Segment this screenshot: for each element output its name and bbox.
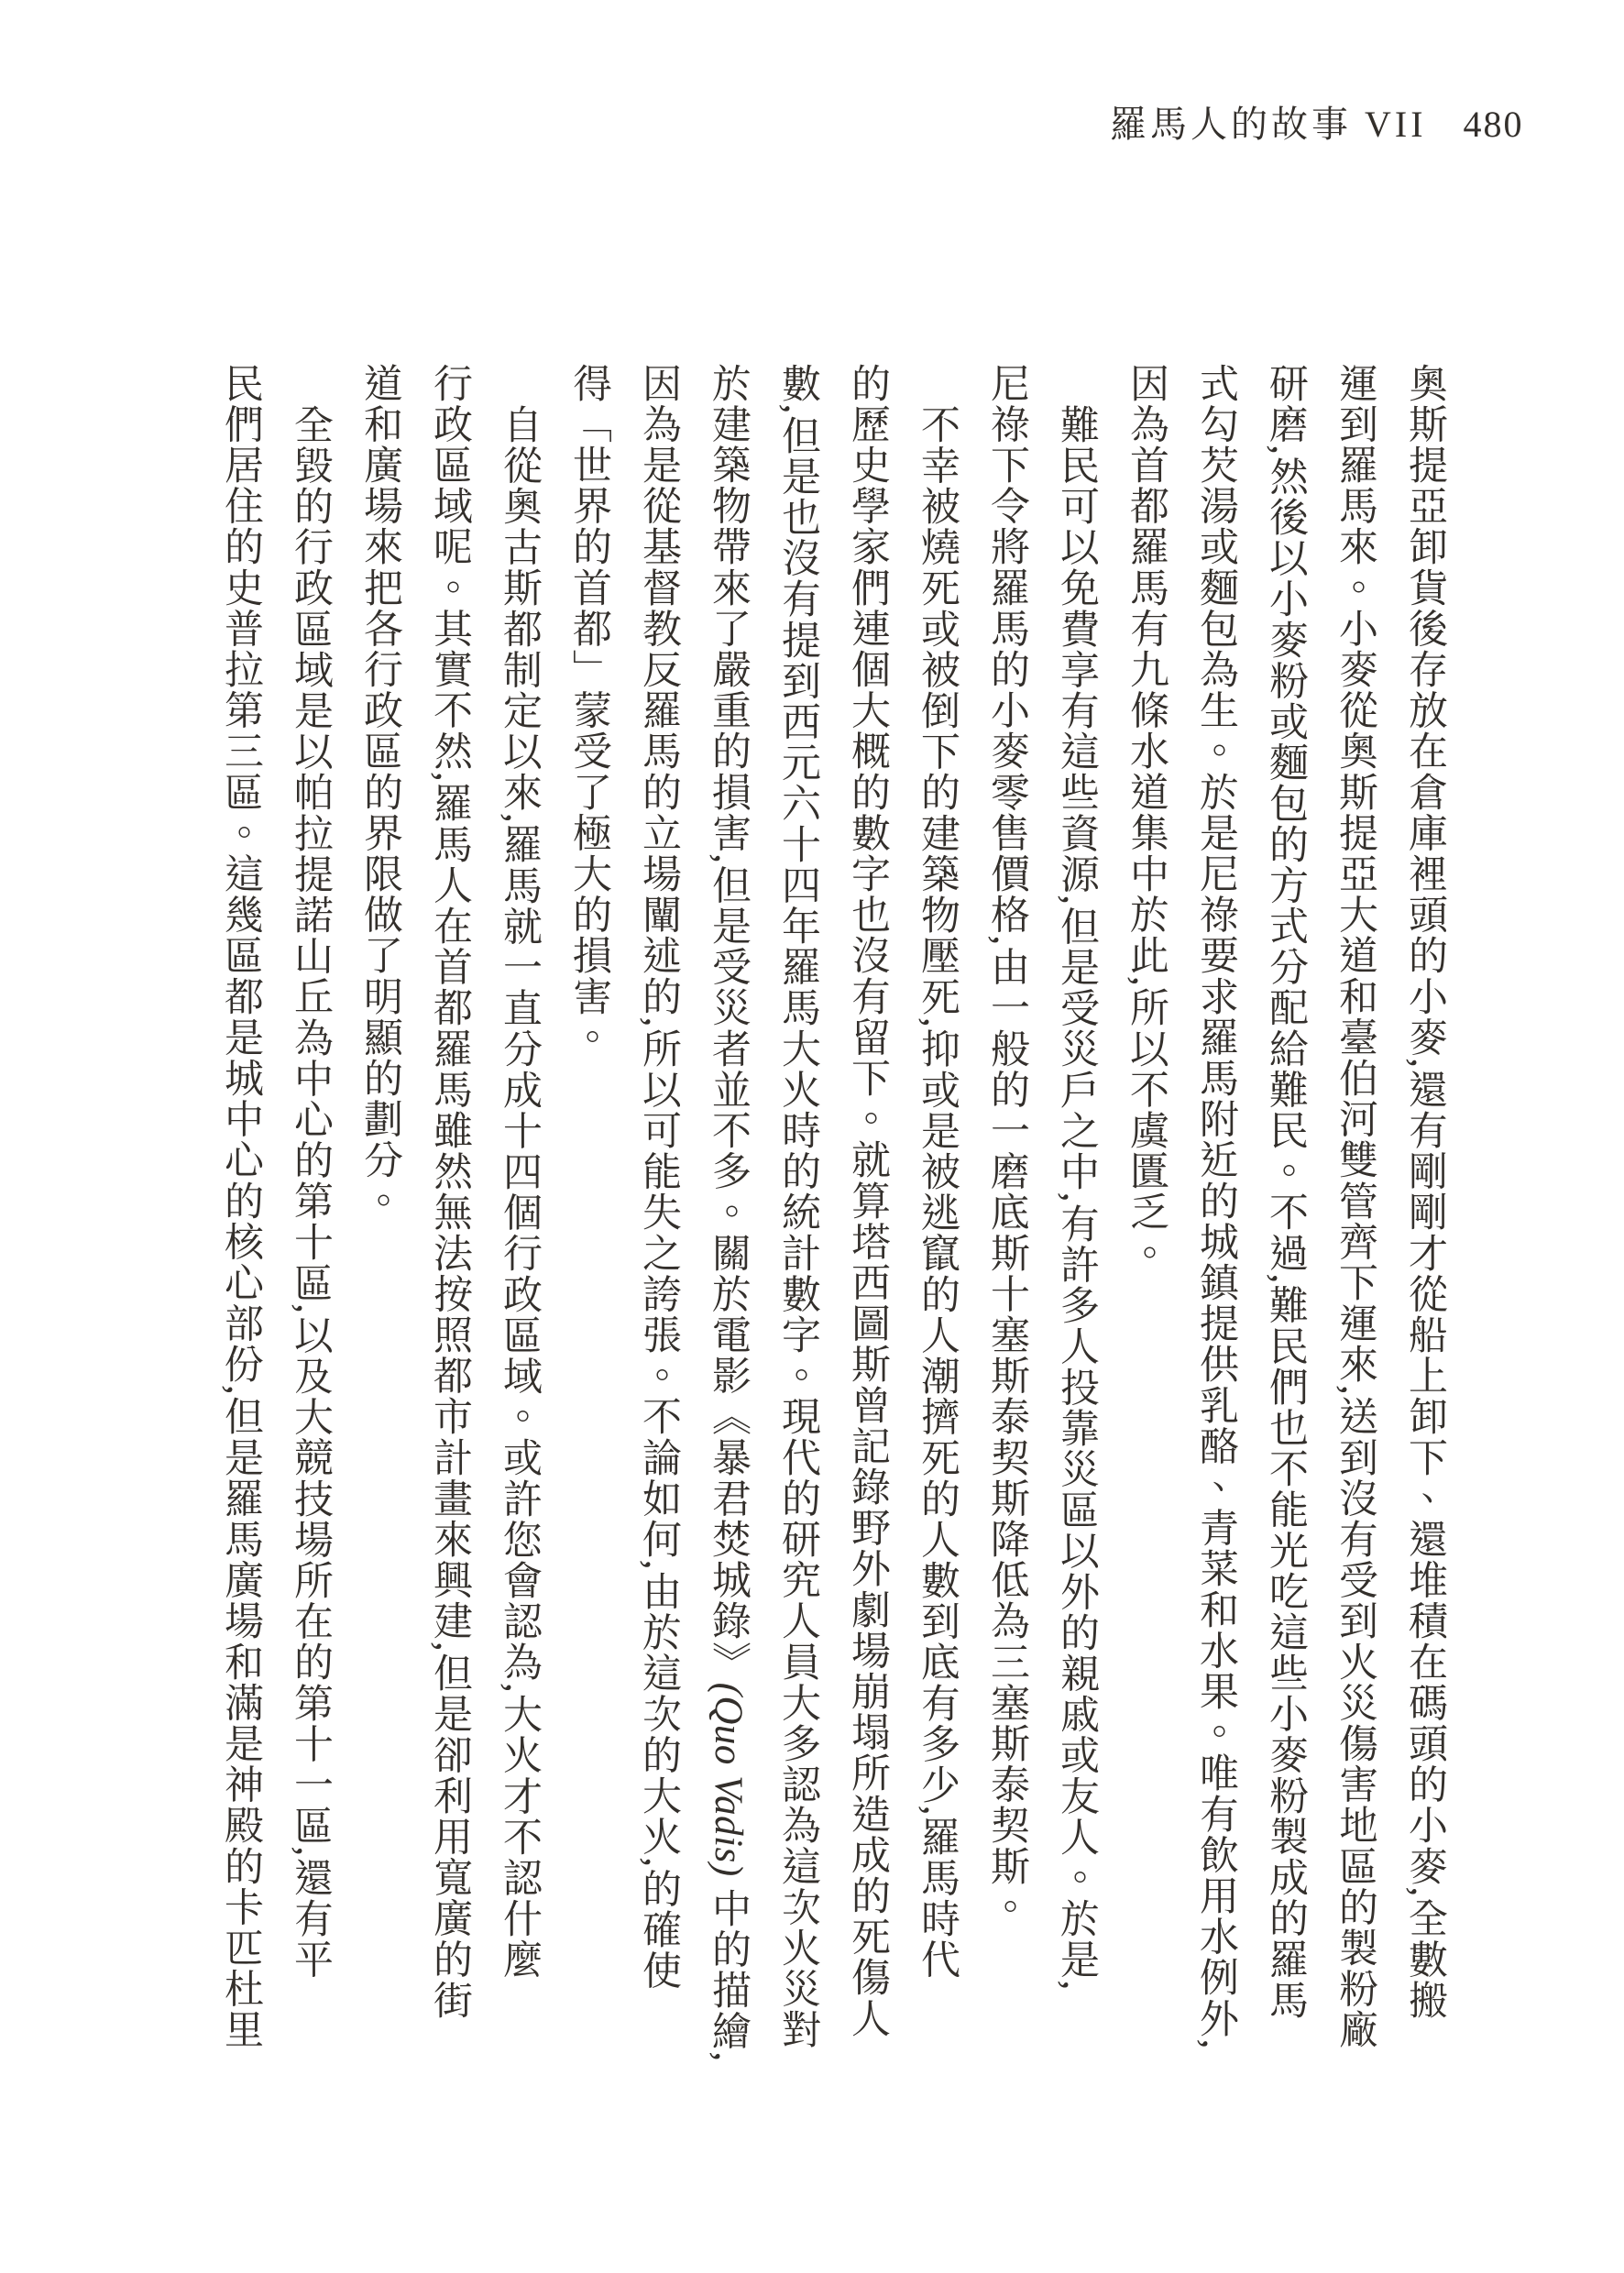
- text-column: 尼祿下令將羅馬的小麥零售價格,由一般的一磨底斯十塞斯泰契斯降低為三塞斯泰契斯。: [971, 363, 1041, 2081]
- text-column: 難民可以免費享有這些資源,但是受災戶之中,有許多人投靠災區以外的親戚或友人。於是…: [1041, 363, 1111, 2081]
- text-column: 研磨,然後以小麥粉或麵包的方式分配給難民。不過,難民們也不能光吃這些小麥粉製成的…: [1250, 363, 1320, 2081]
- text-column: 全毀的行政區域是以帕拉提諾山丘為中心的第十區,以及大競技場所在的第十一區,還有平: [275, 363, 345, 2081]
- latin-title: (Quo Vadis): [707, 1683, 750, 1877]
- text-column: 因為首都羅馬有九條水道集中於此,所以不虞匱乏。: [1111, 363, 1180, 2081]
- page-number: 480: [1464, 104, 1524, 145]
- text-column: 行政區域呢。其實不然,羅馬人在首都羅馬雖然無法按照都市計畫來興建,但是卻利用寬廣…: [414, 363, 484, 2081]
- text-column: 民們居住的史普拉第三區。這幾區都是城中心的核心部份,但是羅馬廣場和滿是神殿的卡匹…: [205, 363, 275, 2081]
- book-page: 羅馬人的故事 VII480 奧斯提亞卸貨後存放在倉庫裡頭的小麥,還有剛剛才從船上…: [0, 0, 1624, 2273]
- text-column: 道和廣場來把各行政區的界限做了明顯的劃分。: [345, 363, 414, 2081]
- text-column: 得「世界的首都」蒙受了極大的損害。: [554, 363, 623, 2081]
- body-text: 奧斯提亞卸貨後存放在倉庫裡頭的小麥,還有剛剛才從船上卸下、還堆積在碼頭的小麥,全…: [205, 363, 1459, 2081]
- book-title: 羅馬人的故事 VII: [1110, 104, 1427, 145]
- text-column: 數,但是也沒有提到西元六十四年羅馬大火時的統計數字。現代的研究人員大多認為這次火…: [763, 363, 832, 2081]
- text-column: 的歷史學家們連個大概的數字也沒有留下。就算塔西圖斯曾記錄野外劇場崩塌所造成的死傷…: [832, 363, 902, 2081]
- running-head: 羅馬人的故事 VII480: [1110, 103, 1524, 147]
- text-column: 運到羅馬來。小麥從奧斯提亞大道和臺伯河雙管齊下運來,送到沒有受到火災傷害地區的製…: [1320, 363, 1389, 2081]
- text-column: 式勾芡湯或麵包為生。於是尼祿要求羅馬附近的城鎮提供乳酪、青菜和水果。唯有飲用水例…: [1180, 363, 1250, 2081]
- text-column: 因為是從基督教反羅馬的立場闡述的,所以可能失之誇張。不論如何,由於這次的大火,的…: [623, 363, 693, 2081]
- text-column: 不幸被燒死或被倒下的建築物壓死,抑或是被逃竄的人潮擠死的人數到底有多少,羅馬時代: [902, 363, 971, 2081]
- text-column: 奧斯提亞卸貨後存放在倉庫裡頭的小麥,還有剛剛才從船上卸下、還堆積在碼頭的小麥,全…: [1389, 363, 1459, 2081]
- text-column: 於建築物帶來了嚴重的損害,但是受災者並不多。關於電影《暴君焚城錄》(Quo Va…: [693, 363, 763, 2081]
- text-column: 自從奧古斯都制定以來,羅馬就一直分成十四個行政區域。或許您會認為,大火才不認什麼: [484, 363, 554, 2081]
